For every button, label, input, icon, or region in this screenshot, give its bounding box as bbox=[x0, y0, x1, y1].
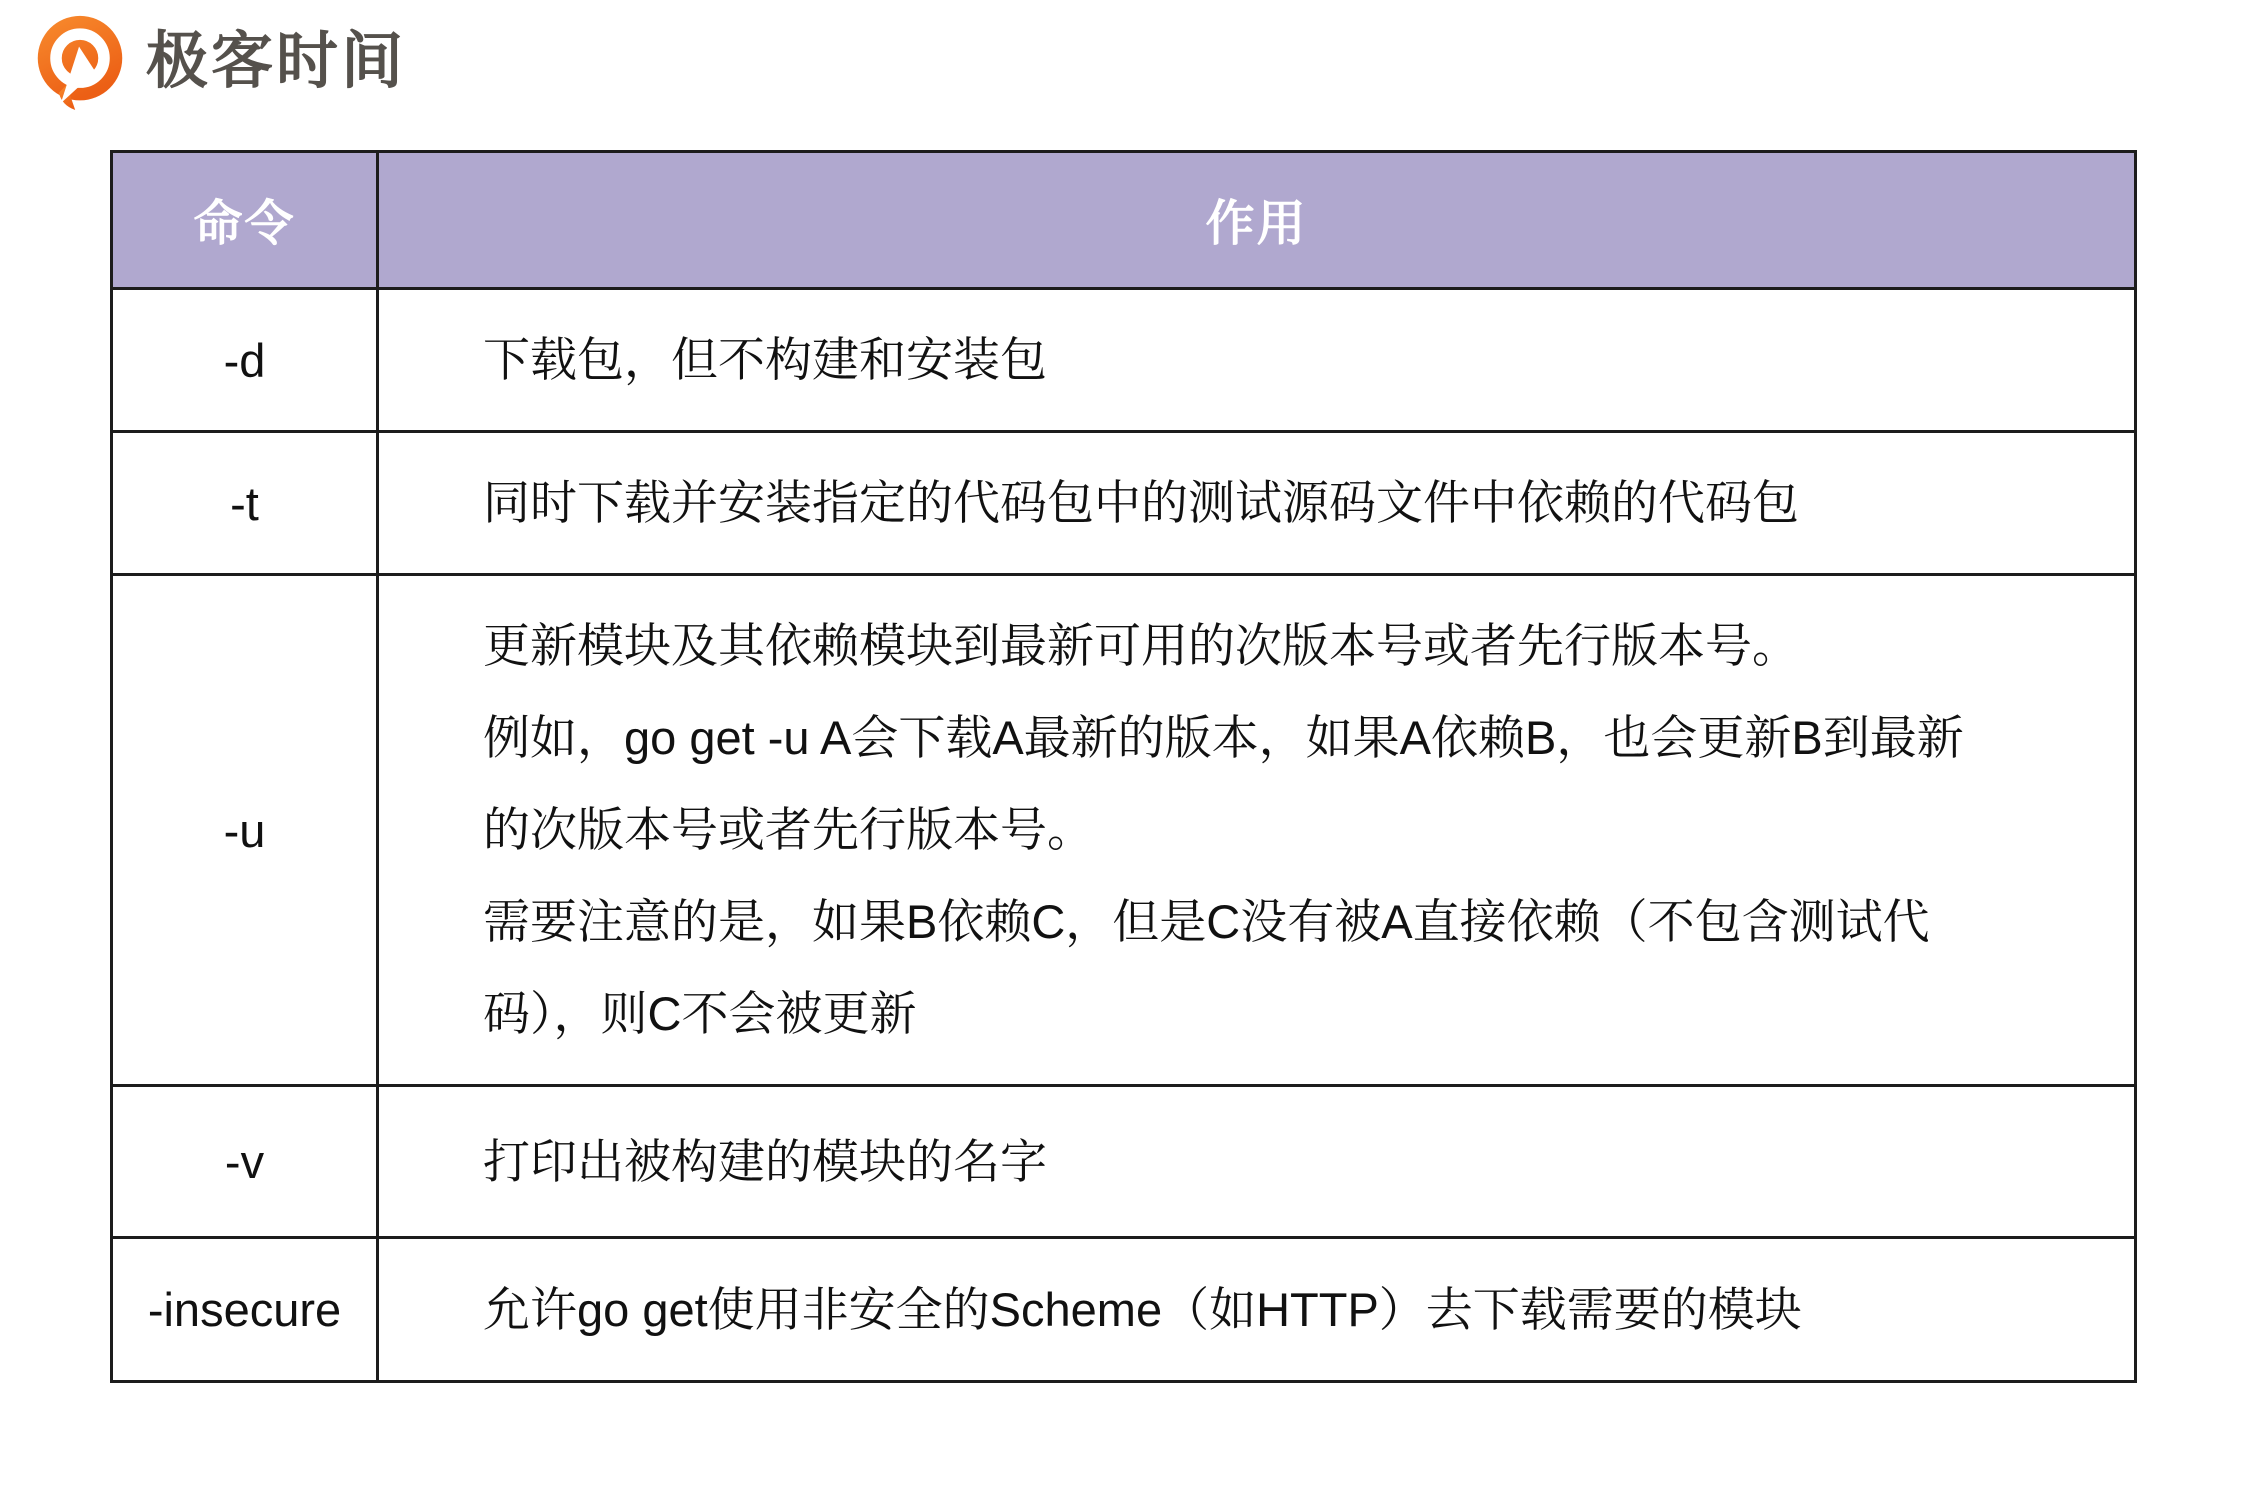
flag-cell: -insecure bbox=[112, 1238, 378, 1382]
geektime-logo-icon bbox=[32, 14, 128, 110]
flag-cell: -d bbox=[112, 289, 378, 432]
command-flags-table: 命令 作用 -d 下载包，但不构建和安装包 -t 同时下载并安装指定的代码包中的… bbox=[110, 150, 2137, 1383]
table-row: -d 下载包，但不构建和安装包 bbox=[112, 289, 2136, 432]
table-row: -v 打印出被构建的模块的名字 bbox=[112, 1086, 2136, 1238]
table-row: -t 同时下载并安装指定的代码包中的测试源码文件中依赖的代码包 bbox=[112, 432, 2136, 575]
brand-header: 极客时间 bbox=[32, 14, 406, 110]
table-row: -insecure 允许go get使用非安全的Scheme（如HTTP）去下载… bbox=[112, 1238, 2136, 1382]
flag-cell: -u bbox=[112, 575, 378, 1086]
header-effect: 作用 bbox=[378, 152, 2136, 289]
description-cell: 更新模块及其依赖模块到最新可用的次版本号或者先行版本号。 例如，go get -… bbox=[378, 575, 2136, 1086]
flag-cell: -v bbox=[112, 1086, 378, 1238]
description-cell: 同时下载并安装指定的代码包中的测试源码文件中依赖的代码包 bbox=[378, 432, 2136, 575]
table-header-row: 命令 作用 bbox=[112, 152, 2136, 289]
brand-title: 极客时间 bbox=[146, 14, 406, 110]
description-cell: 下载包，但不构建和安装包 bbox=[378, 289, 2136, 432]
description-cell: 允许go get使用非安全的Scheme（如HTTP）去下载需要的模块 bbox=[378, 1238, 2136, 1382]
header-command: 命令 bbox=[112, 152, 378, 289]
flag-cell: -t bbox=[112, 432, 378, 575]
table-row: -u 更新模块及其依赖模块到最新可用的次版本号或者先行版本号。 例如，go ge… bbox=[112, 575, 2136, 1086]
description-cell: 打印出被构建的模块的名字 bbox=[378, 1086, 2136, 1238]
